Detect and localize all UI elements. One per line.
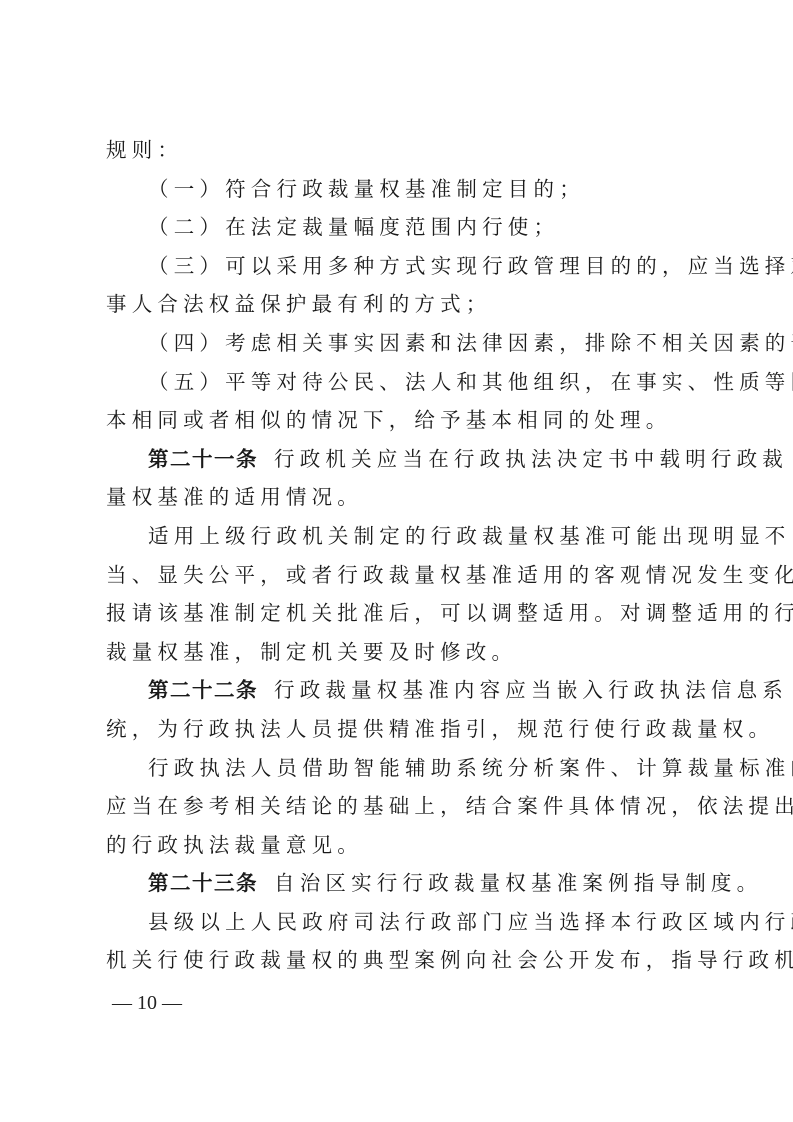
text-line: 行政执法人员借助智能辅助系统分析案件、计算裁量标准的， — [106, 749, 688, 788]
page-number: — 10 — — [112, 992, 182, 1015]
text-line: 机关行使行政裁量权的典型案例向社会公开发布，指导行政机关 — [106, 941, 688, 980]
line-text: 的行政执法裁量意见。 — [106, 833, 363, 857]
line-text: （五）平等对待公民、法人和其他组织，在事实、性质等因素基 — [148, 370, 793, 394]
line-text: 自治区实行行政裁量权基准案例指导制度。 — [274, 871, 762, 895]
text-line: 裁量权基准，制定机关要及时修改。 — [106, 633, 688, 672]
list-item: （二）在法定裁量幅度范围内行使； — [106, 208, 688, 247]
text-line: 应当在参考相关结论的基础上，结合案件具体情况，依法提出合理 — [106, 787, 688, 826]
article-number: 第二十三条 — [148, 871, 258, 895]
line-text: （三）可以采用多种方式实现行政管理目的的，应当选择对当 — [148, 254, 793, 278]
article-number: 第二十二条 — [148, 678, 258, 702]
line-text: 行政裁量权基准内容应当嵌入行政执法信息系 — [274, 678, 788, 702]
line-text: 机关行使行政裁量权的典型案例向社会公开发布，指导行政机关 — [106, 948, 793, 972]
line-text: 县级以上人民政府司法行政部门应当选择本行政区域内行政 — [148, 910, 793, 934]
line-text: （二）在法定裁量幅度范围内行使； — [148, 215, 559, 239]
text-line: 本相同或者相似的情况下，给予基本相同的处理。 — [106, 401, 688, 440]
line-text: 适用上级行政机关制定的行政裁量权基准可能出现明显不 — [148, 524, 791, 548]
line-text: 行政执法人员借助智能辅助系统分析案件、计算裁量标准的， — [148, 756, 793, 780]
text-line: 报请该基准制定机关批准后，可以调整适用。对调整适用的行政 — [106, 594, 688, 633]
list-item: （五）平等对待公民、法人和其他组织，在事实、性质等因素基 — [106, 363, 688, 402]
text-line: 适用上级行政机关制定的行政裁量权基准可能出现明显不 — [106, 517, 688, 556]
line-text: 规则： — [106, 138, 183, 162]
article-21-heading-line: 第二十一条行政机关应当在行政执法决定书中载明行政裁 — [106, 440, 688, 479]
line-text: （一）符合行政裁量权基准制定目的； — [148, 177, 585, 201]
document-page: 规则： （一）符合行政裁量权基准制定目的； （二）在法定裁量幅度范围内行使； （… — [106, 131, 688, 980]
text-line: 规则： — [106, 131, 688, 170]
line-text: （四）考虑相关事实因素和法律因素，排除不相关因素的干扰； — [148, 331, 793, 355]
text-line: 县级以上人民政府司法行政部门应当选择本行政区域内行政 — [106, 903, 688, 942]
line-text: 事人合法权益保护最有利的方式； — [106, 292, 492, 316]
list-item: （三）可以采用多种方式实现行政管理目的的，应当选择对当 — [106, 247, 688, 286]
line-text: 报请该基准制定机关批准后，可以调整适用。对调整适用的行政 — [106, 601, 793, 625]
article-23-heading-line: 第二十三条自治区实行行政裁量权基准案例指导制度。 — [106, 864, 688, 903]
line-text: 当、显失公平，或者行政裁量权基准适用的客观情况发生变化的， — [106, 563, 793, 587]
list-item: （一）符合行政裁量权基准制定目的； — [106, 170, 688, 209]
text-line: 事人合法权益保护最有利的方式； — [106, 285, 688, 324]
text-line: 的行政执法裁量意见。 — [106, 826, 688, 865]
line-text: 统，为行政执法人员提供精准指引，规范行使行政裁量权。 — [106, 717, 774, 741]
line-text: 裁量权基准，制定机关要及时修改。 — [106, 640, 517, 664]
list-item: （四）考虑相关事实因素和法律因素，排除不相关因素的干扰； — [106, 324, 688, 363]
line-text: 本相同或者相似的情况下，给予基本相同的处理。 — [106, 408, 671, 432]
article-22-heading-line: 第二十二条行政裁量权基准内容应当嵌入行政执法信息系 — [106, 671, 688, 710]
text-line: 统，为行政执法人员提供精准指引，规范行使行政裁量权。 — [106, 710, 688, 749]
line-text: 量权基准的适用情况。 — [106, 485, 363, 509]
line-text: 应当在参考相关结论的基础上，结合案件具体情况，依法提出合理 — [106, 794, 793, 818]
text-line: 量权基准的适用情况。 — [106, 478, 688, 517]
article-number: 第二十一条 — [148, 447, 258, 471]
line-text: 行政机关应当在行政执法决定书中载明行政裁 — [274, 447, 788, 471]
text-line: 当、显失公平，或者行政裁量权基准适用的客观情况发生变化的， — [106, 556, 688, 595]
